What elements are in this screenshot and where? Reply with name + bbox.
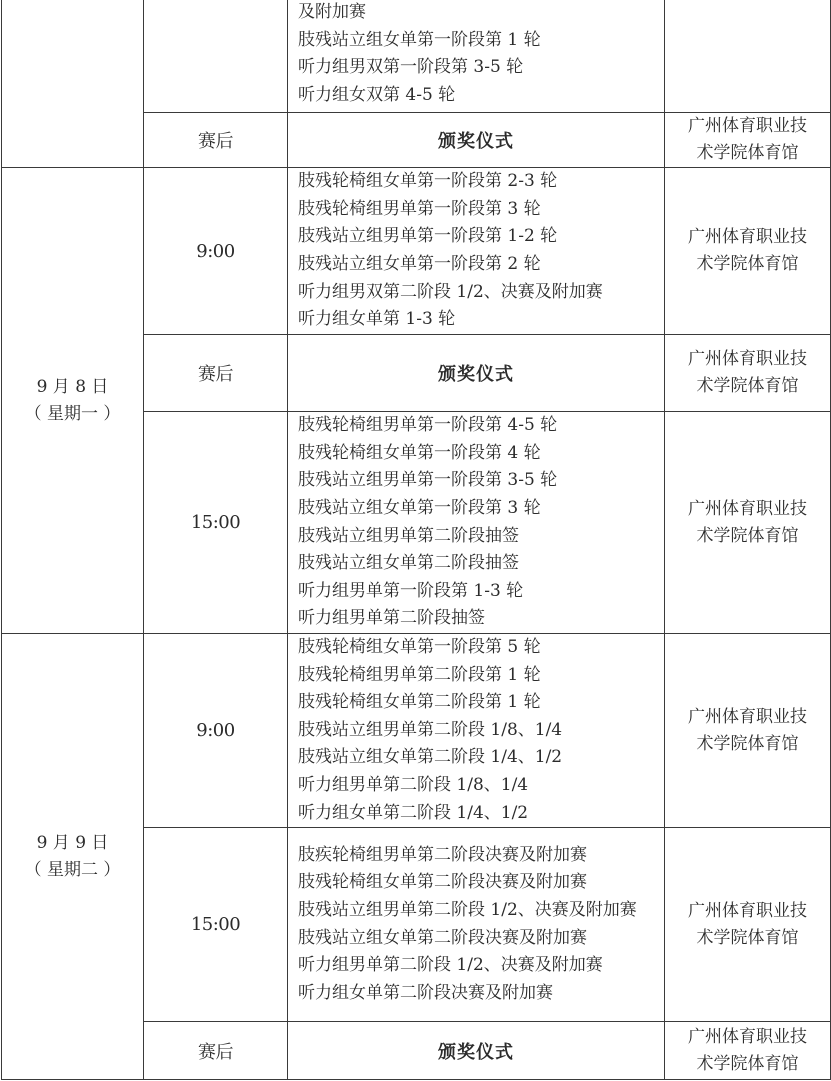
event-item: 肢残轮椅组女单第二阶段第 1 轮 bbox=[298, 689, 664, 717]
event-item: 肢残站立组男单第二阶段 1/8、1/4 bbox=[298, 717, 664, 745]
event-item: 听力组男双第二阶段 1/2、决赛及附加赛 bbox=[298, 279, 664, 307]
venue-line: 术学院体育馆 bbox=[671, 140, 824, 167]
venue-line: 广州体育职业技 bbox=[671, 704, 824, 731]
time-cell: 15:00 bbox=[144, 828, 288, 1022]
date-cell-sep9: 9 月 9 日 （ 星期二 ） bbox=[2, 634, 144, 1080]
time-cell: 赛后 bbox=[144, 335, 288, 412]
venue-cell: 广州体育职业技 术学院体育馆 bbox=[665, 335, 831, 412]
event-item: 听力组女单第 1-3 轮 bbox=[298, 306, 664, 334]
event-item: 肢残轮椅组男单第一阶段第 4-5 轮 bbox=[298, 412, 664, 440]
event-item: 肢疾轮椅组男单第二阶段决赛及附加赛 bbox=[298, 842, 664, 870]
event-item: 肢残轮椅组女单第一阶段第 2-3 轮 bbox=[298, 168, 664, 196]
event-item: 听力组女单第二阶段 1/4、1/2 bbox=[298, 800, 664, 828]
venue-cell: 广州体育职业技 术学院体育馆 bbox=[665, 168, 831, 335]
event-item: 肢残轮椅组女单第二阶段决赛及附加赛 bbox=[298, 869, 664, 897]
venue-line: 术学院体育馆 bbox=[671, 373, 824, 400]
event-item: 肢残站立组女单第一阶段第 3 轮 bbox=[298, 495, 664, 523]
venue-cell: 广州体育职业技 术学院体育馆 bbox=[665, 113, 831, 168]
event-item: 肢残站立组男单第二阶段抽签 bbox=[298, 523, 664, 551]
event-item: 听力组男单第二阶段 1/2、决赛及附加赛 bbox=[298, 952, 664, 980]
table-row: 及附加赛 肢残站立组女单第一阶段第 1 轮 听力组男双第一阶段第 3-5 轮 听… bbox=[2, 0, 831, 113]
event-list: 肢疾轮椅组男单第二阶段决赛及附加赛 肢残轮椅组女单第二阶段决赛及附加赛 肢残站立… bbox=[288, 828, 665, 1022]
event-item: 肢残轮椅组女单第一阶段第 5 轮 bbox=[298, 634, 664, 662]
time-cell: 赛后 bbox=[144, 113, 288, 168]
event-item: 肢残轮椅组男单第一阶段第 3 轮 bbox=[298, 196, 664, 224]
venue-line: 术学院体育馆 bbox=[671, 251, 824, 278]
event-item: 肢残站立组女单第二阶段 1/4、1/2 bbox=[298, 744, 664, 772]
event-item: 听力组男单第二阶段抽签 bbox=[298, 605, 664, 633]
event-list: 肢残轮椅组男单第一阶段第 4-5 轮 肢残轮椅组女单第一阶段第 4 轮 肢残站立… bbox=[288, 412, 665, 634]
venue-line: 术学院体育馆 bbox=[671, 1051, 824, 1078]
event-item: 及附加赛 bbox=[298, 0, 664, 27]
event-item: 听力组女双第 4-5 轮 bbox=[298, 82, 664, 110]
venue-cell: 广州体育职业技 术学院体育馆 bbox=[665, 1022, 831, 1080]
event-item: 听力组男单第二阶段 1/8、1/4 bbox=[298, 772, 664, 800]
venue-cell: 广州体育职业技 术学院体育馆 bbox=[665, 828, 831, 1022]
date-label: 9 月 9 日 bbox=[2, 830, 143, 857]
time-cell bbox=[144, 0, 288, 113]
venue-line: 广州体育职业技 bbox=[671, 224, 824, 251]
venue-line: 术学院体育馆 bbox=[671, 925, 824, 952]
award-ceremony: 颁奖仪式 bbox=[288, 335, 665, 412]
event-item: 肢残轮椅组男单第二阶段第 1 轮 bbox=[298, 662, 664, 690]
competition-schedule-table: 及附加赛 肢残站立组女单第一阶段第 1 轮 听力组男双第一阶段第 3-5 轮 听… bbox=[1, 0, 831, 1080]
event-item: 听力组女单第二阶段决赛及附加赛 bbox=[298, 980, 664, 1008]
venue-line: 广州体育职业技 bbox=[671, 496, 824, 523]
time-cell: 15:00 bbox=[144, 412, 288, 634]
time-cell: 9:00 bbox=[144, 634, 288, 828]
venue-line: 广州体育职业技 bbox=[671, 1024, 824, 1051]
venue-line: 广州体育职业技 bbox=[671, 346, 824, 373]
time-cell: 9:00 bbox=[144, 168, 288, 335]
venue-cell: 广州体育职业技 术学院体育馆 bbox=[665, 412, 831, 634]
event-item: 肢残站立组男单第一阶段第 1-2 轮 bbox=[298, 223, 664, 251]
award-ceremony: 颁奖仪式 bbox=[288, 1022, 665, 1080]
venue-cell: 广州体育职业技 术学院体育馆 bbox=[665, 634, 831, 828]
event-list: 及附加赛 肢残站立组女单第一阶段第 1 轮 听力组男双第一阶段第 3-5 轮 听… bbox=[288, 0, 665, 113]
event-item: 肢残轮椅组女单第一阶段第 4 轮 bbox=[298, 440, 664, 468]
weekday-label: （ 星期二 ） bbox=[2, 857, 143, 884]
event-item: 肢残站立组女单第二阶段抽签 bbox=[298, 550, 664, 578]
event-item: 肢残站立组女单第一阶段第 1 轮 bbox=[298, 27, 664, 55]
weekday-label: （ 星期一 ） bbox=[2, 401, 143, 428]
event-list: 肢残轮椅组女单第一阶段第 2-3 轮 肢残轮椅组男单第一阶段第 3 轮 肢残站立… bbox=[288, 168, 665, 335]
event-item: 肢残站立组男单第二阶段 1/2、决赛及附加赛 bbox=[298, 897, 653, 925]
event-list: 肢残轮椅组女单第一阶段第 5 轮 肢残轮椅组男单第二阶段第 1 轮 肢残轮椅组女… bbox=[288, 634, 665, 828]
venue-line: 广州体育职业技 bbox=[671, 898, 824, 925]
venue-cell bbox=[665, 0, 831, 113]
event-item: 肢残站立组女单第二阶段决赛及附加赛 bbox=[298, 925, 664, 953]
event-item: 肢残站立组女单第一阶段第 2 轮 bbox=[298, 251, 664, 279]
date-label: 9 月 8 日 bbox=[2, 374, 143, 401]
table-row: 9 月 9 日 （ 星期二 ） 9:00 肢残轮椅组女单第一阶段第 5 轮 肢残… bbox=[2, 634, 831, 828]
award-ceremony: 颁奖仪式 bbox=[288, 113, 665, 168]
table-row: 9 月 8 日 （ 星期一 ） 9:00 肢残轮椅组女单第一阶段第 2-3 轮 … bbox=[2, 168, 831, 335]
time-cell: 赛后 bbox=[144, 1022, 288, 1080]
venue-line: 术学院体育馆 bbox=[671, 523, 824, 550]
venue-line: 广州体育职业技 bbox=[671, 113, 824, 140]
date-cell-sep8: 9 月 8 日 （ 星期一 ） bbox=[2, 168, 144, 634]
event-item: 听力组男单第一阶段第 1-3 轮 bbox=[298, 578, 664, 606]
venue-line: 术学院体育馆 bbox=[671, 731, 824, 758]
event-item: 听力组男双第一阶段第 3-5 轮 bbox=[298, 54, 664, 82]
event-item: 肢残站立组男单第一阶段第 3-5 轮 bbox=[298, 467, 664, 495]
date-cell-prev-day bbox=[2, 0, 144, 168]
